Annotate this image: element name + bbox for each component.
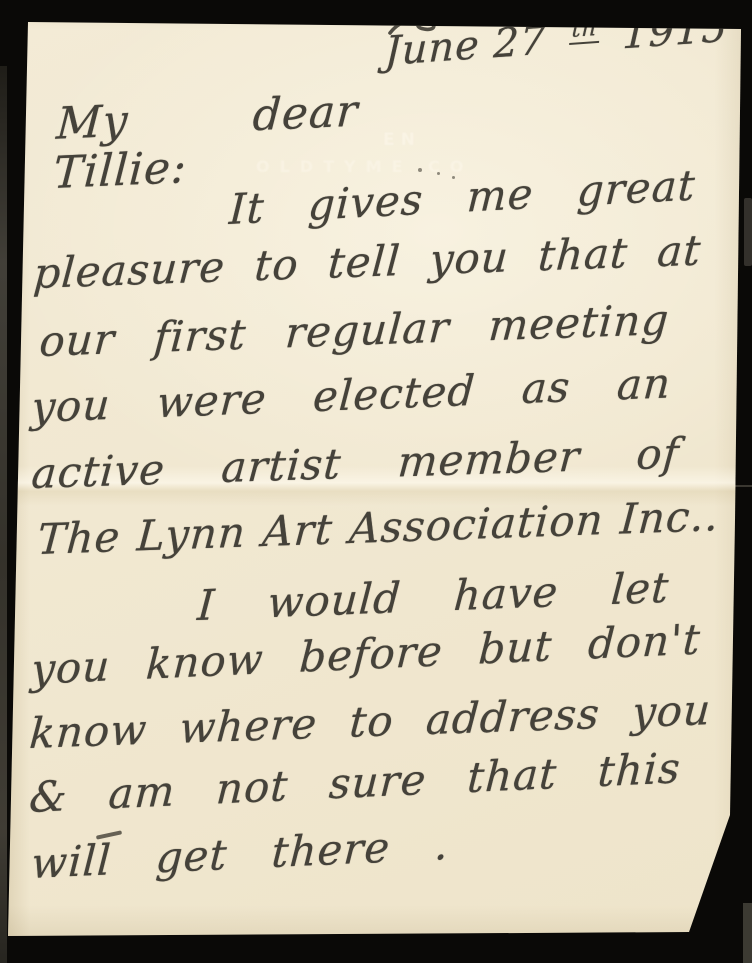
scanned-letter-image: EN OLDTYME CO June 27 th 1915 My dear Ti… bbox=[0, 0, 752, 963]
letter-line: pleasure to tell you that at bbox=[32, 227, 703, 297]
letter-line: will get there . bbox=[30, 821, 450, 887]
letter-line: & am not sure that this bbox=[28, 744, 682, 821]
date-year: 1915 bbox=[622, 6, 729, 58]
ink-speck bbox=[452, 176, 455, 179]
scan-artifact-sliver bbox=[743, 903, 752, 963]
date-ordinal: th bbox=[569, 17, 600, 45]
ink-speck bbox=[437, 172, 440, 175]
letter-paper-sheet: EN OLDTYME CO June 27 th 1915 My dear Ti… bbox=[0, 0, 752, 963]
watermark-line-1: EN bbox=[383, 130, 421, 150]
letter-line: The Lynn Art Association Inc.. bbox=[36, 492, 721, 563]
scanner-edge-strip bbox=[0, 66, 7, 963]
letter-line: you were elected as an bbox=[30, 359, 673, 431]
date-line: June 27 th 1915 bbox=[384, 6, 729, 75]
letter-line: active artist member of bbox=[30, 430, 681, 498]
ink-speck bbox=[418, 168, 422, 172]
letter-line: you know before but don't bbox=[30, 615, 702, 693]
date-month-day: June 27 bbox=[384, 18, 547, 74]
scan-artifact-sliver bbox=[744, 198, 752, 266]
letter-line: our first regular meeting bbox=[38, 296, 671, 365]
